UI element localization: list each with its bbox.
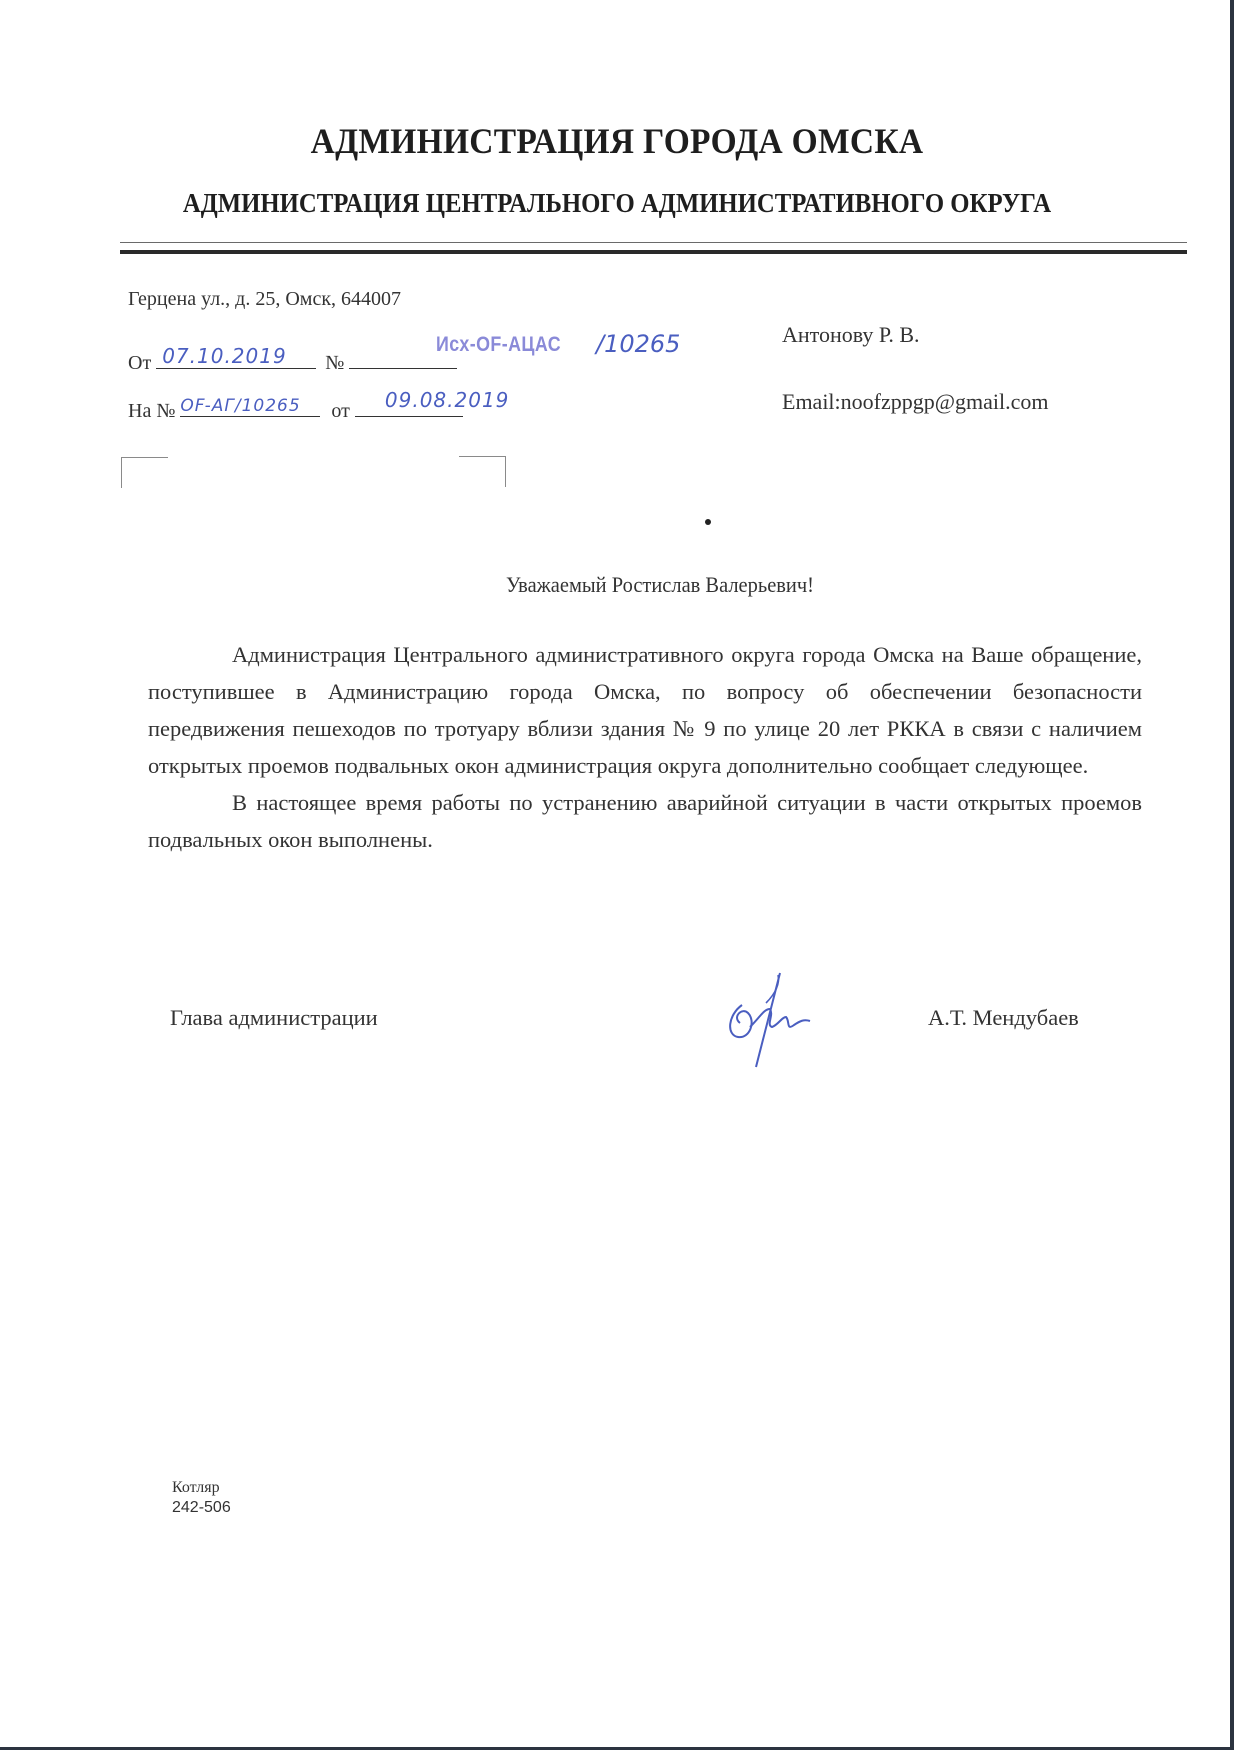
reply-to-label: На № xyxy=(128,400,175,422)
organization-title: АДМИНИСТРАЦИЯ ГОРОДА ОМСКА xyxy=(43,120,1191,162)
body-paragraph: В настоящее время работы по устранению а… xyxy=(148,784,1142,858)
reply-date-handwritten: 09.08.2019 xyxy=(385,388,510,412)
reply-date-field: 09.08.2019 xyxy=(355,398,463,417)
handwritten-signature-icon xyxy=(720,965,830,1070)
signature-block: Глава администрации А.Т. Мендубаев xyxy=(0,1005,1234,1045)
reply-date-label: от xyxy=(331,400,349,422)
sender-address: Герцена ул., д. 25, Омск, 644007 xyxy=(128,288,401,311)
outgoing-number-handwritten: /10265 xyxy=(596,330,680,358)
address-window-bracket-right xyxy=(459,456,506,487)
signatory-position: Глава администрации xyxy=(170,1005,378,1031)
registration-stamp: Исх-OF-АЦАС xyxy=(436,333,561,357)
recipient-email: Email:noofzppgp@gmail.com xyxy=(782,389,1048,415)
reply-to-number-handwritten: OF-AГ/10265 xyxy=(180,396,300,416)
executor-block: Котляр 242-506 xyxy=(172,1478,231,1518)
letterhead-divider-thin xyxy=(120,242,1187,243)
from-label: От xyxy=(128,352,151,374)
scan-edge-right xyxy=(1230,0,1234,1750)
outgoing-number-stamp: Исх-OF-АЦАС xyxy=(436,333,583,357)
letter-body: Администрация Центрального административ… xyxy=(148,636,1142,858)
signatory-name: А.Т. Мендубаев xyxy=(928,1005,1079,1031)
number-label: № xyxy=(325,352,344,374)
reply-to-number-field: OF-AГ/10265 xyxy=(180,398,320,417)
letterhead-divider-thick xyxy=(120,250,1187,254)
from-date-handwritten: 07.10.2019 xyxy=(162,344,287,368)
executor-phone: 242-506 xyxy=(172,1498,231,1518)
outgoing-registration-line: От 07.10.2019 № xyxy=(128,350,457,375)
body-paragraph: Администрация Центрального административ… xyxy=(148,636,1142,784)
reply-to-line: На № OF-AГ/10265 от 09.08.2019 xyxy=(128,398,463,423)
salutation: Уважаемый Ростислав Валерьевич! xyxy=(46,572,1234,598)
recipient-name: Антонову Р. В. xyxy=(782,322,920,348)
executor-name: Котляр xyxy=(172,1478,231,1498)
scan-dot xyxy=(705,519,711,525)
department-title: АДМИНИСТРАЦИЯ ЦЕНТРАЛЬНОГО АДМИНИСТРАТИВ… xyxy=(62,187,1173,219)
address-window-bracket-left xyxy=(121,457,168,488)
from-date-field: 07.10.2019 xyxy=(156,350,316,369)
